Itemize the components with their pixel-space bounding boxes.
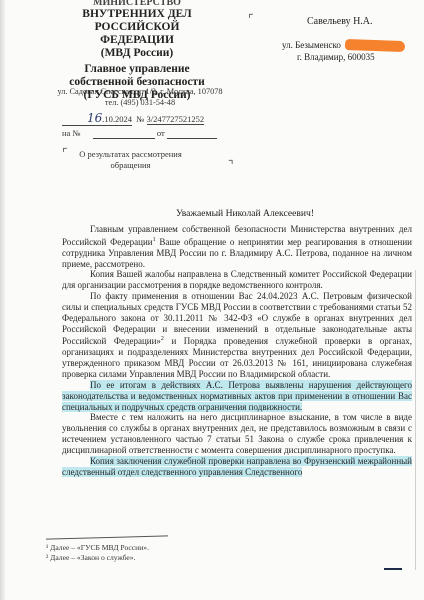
recipient-address-line-2: г. Владимир, 600035 xyxy=(297,52,375,62)
redaction-mark xyxy=(345,39,405,52)
letter-body: Главным управлением собственной безопасн… xyxy=(62,224,412,477)
sender-org-line-1: МИНИСТЕРСТВО xyxy=(62,0,212,8)
registration-date-line: 16.10.2024 № 3/247727521252 xyxy=(62,111,204,126)
scan-edge-line xyxy=(415,270,416,570)
reference-line: на № от xyxy=(62,128,217,139)
paragraph-1: Главным управлением собственной безопасн… xyxy=(62,224,412,269)
paragraph-4-highlighted: По ее итогам в действиях А.С. Петрова вы… xyxy=(62,380,412,413)
recipient-corner-mark: ⌜ xyxy=(248,12,254,26)
footnotes: ¹ Далее – «ГУСБ МВД России». ² Далее – «… xyxy=(46,543,149,563)
paragraph-5: Вместе с тем наложить на него дисциплина… xyxy=(62,412,412,455)
registration-date: 16.10.2024 xyxy=(62,111,132,126)
footnote-1: ¹ Далее – «ГУСБ МВД России». xyxy=(46,543,149,553)
sender-contacts: ул. Садовая Спасская, д. 1/2, г. Москва,… xyxy=(45,86,235,108)
registration-number: 3/247727521252 xyxy=(147,114,205,125)
salutation: Уважаемый Николай Алексеевич! xyxy=(176,208,314,219)
paragraph-4-text: По ее итогам в действиях А.С. Петрова вы… xyxy=(62,380,412,412)
paragraph-5-text: Вместе с тем наложить на него дисциплина… xyxy=(62,412,412,455)
reference-from-label: от xyxy=(157,128,165,138)
handwritten-day: 16 xyxy=(87,111,102,125)
printed-date: .10.2024 xyxy=(102,114,132,124)
letter-subject: О результатах рассмотрения обращения xyxy=(68,149,193,171)
paragraph-6-text: Копия заключения служебной проверки напр… xyxy=(62,456,412,477)
reference-number-blank xyxy=(93,128,155,139)
footnote-2: ² Далее – «Закон о службе». xyxy=(46,553,149,563)
scan-edge-shadow xyxy=(0,0,6,600)
footnote-divider xyxy=(46,535,168,539)
sender-address: ул. Садовая Спасская, д. 1/2, г. Москва,… xyxy=(45,86,235,97)
sender-org-line-3: РОССИЙСКОЙ ФЕДЕРАЦИИ xyxy=(62,21,212,47)
subject-line-2: обращения xyxy=(68,160,193,171)
paragraph-3: По факту применения в отношении Вас 24.0… xyxy=(62,291,412,380)
sender-dept-line-1: Главное управление xyxy=(62,63,212,76)
subject-line-1: О результатах рассмотрения xyxy=(68,149,193,160)
sender-org-line-4: (МВД России) xyxy=(62,47,212,60)
paragraph-2: Копия Вашей жалобы направлена в Следстве… xyxy=(62,269,412,291)
paragraph-6-highlighted: Копия заключения служебной проверки напр… xyxy=(62,456,412,478)
scan-artifact-mark xyxy=(384,568,402,570)
recipient-name: Савельеву Н.А. xyxy=(307,16,373,27)
sender-org-line-2: ВНУТРЕННИХ ДЕЛ xyxy=(62,8,212,21)
recipient-address-line-1: ул. Безыменско xyxy=(282,40,341,50)
number-label: № xyxy=(136,114,144,124)
reference-date-blank xyxy=(167,128,217,139)
paragraph-2-text: Копия Вашей жалобы направлена в Следстве… xyxy=(62,269,412,290)
reference-label: на № xyxy=(62,128,81,138)
subject-corner-mark-left: ⌜ xyxy=(62,146,68,160)
subject-corner-mark-right: ⌝ xyxy=(228,158,234,172)
sender-phone: тел. (495) 031-54-48 xyxy=(45,97,235,108)
scanned-letter-page: МИНИСТЕРСТВО ВНУТРЕННИХ ДЕЛ РОССИЙСКОЙ Ф… xyxy=(0,0,424,600)
